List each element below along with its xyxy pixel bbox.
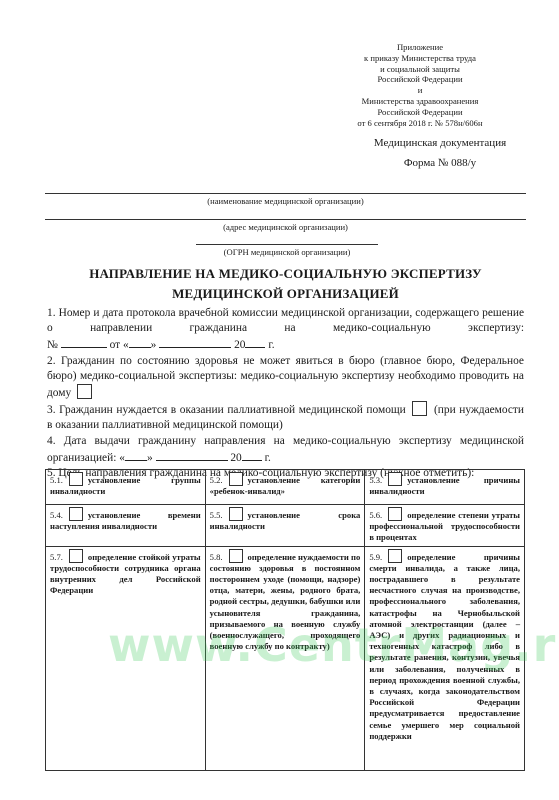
goal-cell: 5.9.определение причины смерти инвалида,… — [365, 546, 525, 770]
title-line-1: НАПРАВЛЕНИЕ НА МЕДИКО-СОЦИАЛЬНУЮ ЭКСПЕРТ… — [45, 264, 526, 284]
org-name-caption: (наименование медицинской организации) — [45, 196, 526, 206]
appendix-line: и социальной защиты — [320, 64, 520, 75]
item-1: 1. Номер и дата протокола врачебной коми… — [47, 306, 524, 336]
goal-checkbox[interactable] — [388, 472, 402, 486]
goal-number: 5.6. — [369, 510, 382, 520]
item-1-fields: № от «» 20 г. — [47, 336, 524, 353]
goal-number: 5.3. — [369, 475, 382, 485]
goal-number: 5.4. — [50, 510, 63, 520]
issue-day-field[interactable] — [125, 449, 147, 461]
item-3-text: 3. Гражданин нуждается в оказании паллиа… — [47, 404, 406, 416]
issue-date-close: » — [147, 452, 153, 464]
item-4: 4. Дата выдачи гражданину направления на… — [47, 434, 524, 466]
protocol-number-field[interactable] — [61, 336, 107, 348]
issue-year-field[interactable] — [242, 449, 262, 461]
goal-cell: 5.8.определение нуждаемости по состоянию… — [205, 546, 365, 770]
org-address-line[interactable] — [45, 219, 526, 220]
goal-number: 5.8. — [210, 552, 223, 562]
goal-checkbox[interactable] — [69, 472, 83, 486]
goal-checkbox[interactable] — [229, 507, 243, 521]
goal-cell: 5.4.установление времени наступления инв… — [46, 505, 206, 547]
form-number: Форма № 088/у — [370, 157, 510, 169]
issue-year-prefix: 20 — [230, 452, 241, 464]
appendix-line: Приложение — [320, 42, 520, 53]
goal-number: 5.5. — [210, 510, 223, 520]
appendix-header: Приложение к приказу Министерства труда … — [320, 42, 520, 128]
home-examination-checkbox[interactable] — [77, 384, 92, 399]
appendix-line: от 6 сентября 2018 г. № 578н/606н — [320, 118, 520, 129]
goal-number: 5.9. — [369, 552, 382, 562]
appendix-line: и — [320, 85, 520, 96]
goal-cell: 5.6.определение степени утраты профессио… — [365, 505, 525, 547]
appendix-line: Российской Федерации — [320, 74, 520, 85]
org-ogrn-line[interactable] — [196, 244, 378, 245]
appendix-line: к приказу Министерства труда — [320, 53, 520, 64]
protocol-date-close: » — [151, 339, 157, 351]
goal-cell: 5.7.определение стойкой утраты трудоспос… — [46, 546, 206, 770]
item-2-text: 2. Гражданин по состоянию здоровья не мо… — [47, 355, 524, 399]
org-address-caption: (адрес медицинской организации) — [45, 222, 526, 232]
goals-table: 5.1.установление группы инвалидности 5.2… — [45, 469, 525, 771]
item-2: 2. Гражданин по состоянию здоровья не мо… — [47, 354, 524, 402]
goal-cell: 5.3.установление причины инвалидности — [365, 470, 525, 505]
goal-label: определение причины смерти инвалида, а т… — [369, 552, 520, 741]
appendix-line: Министерства здравоохранения — [320, 96, 520, 107]
goal-checkbox[interactable] — [229, 472, 243, 486]
goal-checkbox[interactable] — [69, 549, 83, 563]
goal-cell: 5.1.установление группы инвалидности — [46, 470, 206, 505]
goal-number: 5.2. — [210, 475, 223, 485]
issue-month-field[interactable] — [156, 449, 228, 461]
goal-checkbox[interactable] — [69, 507, 83, 521]
goal-cell: 5.5.установление срока инвалидности — [205, 505, 365, 547]
goal-number: 5.7. — [50, 552, 63, 562]
form-body: 1. Номер и дата протокола врачебной коми… — [47, 306, 524, 481]
page-title: НАПРАВЛЕНИЕ НА МЕДИКО-СОЦИАЛЬНУЮ ЭКСПЕРТ… — [45, 264, 526, 304]
protocol-year-field[interactable] — [245, 336, 265, 348]
protocol-number-label: № — [47, 339, 58, 351]
protocol-day-field[interactable] — [129, 336, 151, 348]
org-name-line[interactable] — [45, 193, 526, 194]
appendix-line: Российской Федерации — [320, 107, 520, 118]
issue-year-suffix: г. — [265, 452, 271, 464]
title-line-2: МЕДИЦИНСКОЙ ОРГАНИЗАЦИЕЙ — [45, 284, 526, 304]
palliative-care-checkbox[interactable] — [412, 401, 427, 416]
goal-checkbox[interactable] — [388, 549, 402, 563]
goal-checkbox[interactable] — [388, 507, 402, 521]
protocol-year-prefix: 20 — [234, 339, 245, 351]
goal-cell: 5.2.установление категории «ребенок-инва… — [205, 470, 365, 505]
item-3: 3. Гражданин нуждается в оказании паллиа… — [47, 401, 524, 433]
protocol-month-field[interactable] — [159, 336, 231, 348]
org-ogrn-caption: (ОГРН медицинской организации) — [170, 247, 404, 257]
goal-label: определение нуждаемости по состоянию здо… — [210, 552, 361, 652]
protocol-date-open: от « — [110, 339, 129, 351]
goal-checkbox[interactable] — [229, 549, 243, 563]
document-type: Медицинская документация — [370, 137, 510, 149]
goal-number: 5.1. — [50, 475, 63, 485]
protocol-year-suffix: г. — [268, 339, 274, 351]
